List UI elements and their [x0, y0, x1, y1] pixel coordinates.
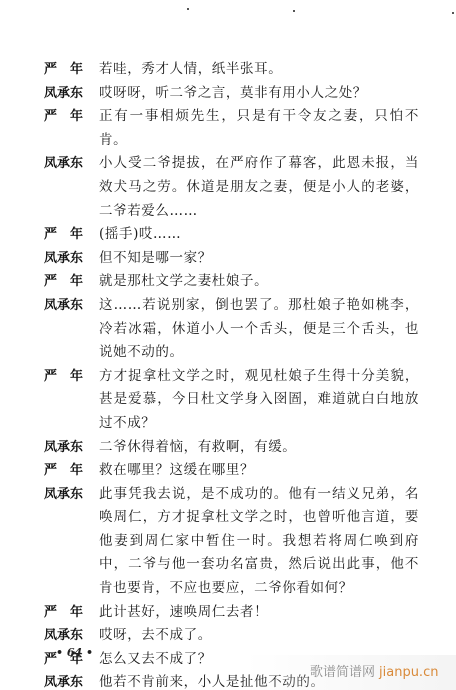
- speaker-name: 严 年: [44, 270, 99, 294]
- dialogue-line: 严 年方才捉拿杜文学之时，观见杜娘子生得十分美貌，甚是爱慕，今日杜文学身入囹圄，…: [44, 365, 419, 436]
- scan-speck: [293, 10, 295, 12]
- speaker-name: 凤承东: [44, 152, 99, 176]
- book-page: 严 年若哇，秀才人情，纸半张耳。凤承东哎呀呀，听二爷之言，莫非有用小人之处？严 …: [0, 0, 456, 690]
- page-number: • 64 •: [56, 646, 93, 659]
- dialogue-line: 凤承东哎呀，去不成了。: [44, 624, 419, 648]
- dialogue-line: 凤承东哎呀呀，听二爷之言，莫非有用小人之处？: [44, 82, 419, 106]
- watermark-domain: jianpu.cn: [379, 665, 438, 680]
- dialogue-line: 严 年若哇，秀才人情，纸半张耳。: [44, 58, 419, 82]
- speech-text: 方才捉拿杜文学之时，观见杜娘子生得十分美貌，甚是爱慕，今日杜文学身入囹圄，难道就…: [99, 365, 419, 436]
- watermark: 歌谱简谱网jianpu.cn: [310, 661, 438, 680]
- speech-text: 就是那杜文学之妻杜娘子。: [99, 270, 419, 294]
- scan-speck: [187, 8, 189, 10]
- dialogue-line: 严 年就是那杜文学之妻杜娘子。: [44, 270, 419, 294]
- speech-text: 正有一事相烦先生，只是有干令友之妻，只怕不肯。: [99, 105, 419, 152]
- speaker-name: 凤承东: [44, 436, 99, 460]
- speech-text: (摇手)哎……: [99, 223, 419, 247]
- speaker-name: 严 年: [44, 58, 99, 82]
- speaker-name: 凤承东: [44, 624, 99, 648]
- speech-text: 若哇，秀才人情，纸半张耳。: [99, 58, 419, 82]
- speaker-name: 凤承东: [44, 483, 99, 507]
- speaker-name: 凤承东: [44, 294, 99, 318]
- dialogue-line: 凤承东二爷休得着恼，有救啊，有缓。: [44, 436, 419, 460]
- speaker-name: 凤承东: [44, 671, 99, 690]
- dialogue-line: 严 年正有一事相烦先生，只是有干令友之妻，只怕不肯。: [44, 105, 419, 152]
- speech-text: 二爷休得着恼，有救啊，有缓。: [99, 436, 419, 460]
- dialogue-line: 凤承东小人受二爷提拔，在严府作了幕客，此恩未报，当效犬马之劳。休道是朋友之妻，便…: [44, 152, 419, 223]
- dialogue-line: 严 年救在哪里？这缓在哪里？: [44, 459, 419, 483]
- dialogue-line: 凤承东但不知是哪一家？: [44, 247, 419, 271]
- dialogue-line: 严 年(摇手)哎……: [44, 223, 419, 247]
- speaker-name: 凤承东: [44, 247, 99, 271]
- dialogue-line: 凤承东这……若说别家，倒也罢了。那杜娘子艳如桃李，冷若冰霜，休道小人一个舌头，便…: [44, 294, 419, 365]
- speaker-name: 严 年: [44, 365, 99, 389]
- speaker-name: 凤承东: [44, 82, 99, 106]
- speaker-name: 严 年: [44, 459, 99, 483]
- speaker-name: 严 年: [44, 105, 99, 129]
- speaker-name: 严 年: [44, 223, 99, 247]
- speaker-name: 严 年: [44, 601, 99, 625]
- speech-text: 这……若说别家，倒也罢了。那杜娘子艳如桃李，冷若冰霜，休道小人一个舌头，便是三个…: [99, 294, 419, 365]
- speech-text: 哎呀呀，听二爷之言，莫非有用小人之处？: [99, 82, 419, 106]
- speech-text: 此事凭我去说，是不成功的。他有一结义兄弟，名唤周仁，方才捉拿杜文学之时，也曾听他…: [99, 483, 419, 601]
- speech-text: 救在哪里？这缓在哪里？: [99, 459, 419, 483]
- speech-text: 此计甚好，速唤周仁去者！: [99, 601, 419, 625]
- speech-text: 哎呀，去不成了。: [99, 624, 419, 648]
- dialogue: 严 年若哇，秀才人情，纸半张耳。凤承东哎呀呀，听二爷之言，莫非有用小人之处？严 …: [44, 58, 419, 690]
- scan-speck: [452, 12, 454, 14]
- speech-text: 小人受二爷提拔，在严府作了幕客，此恩未报，当效犬马之劳。休道是朋友之妻，便是小人…: [99, 152, 419, 223]
- speech-text: 但不知是哪一家？: [99, 247, 419, 271]
- dialogue-line: 严 年此计甚好，速唤周仁去者！: [44, 601, 419, 625]
- watermark-text: 歌谱简谱网: [310, 665, 375, 680]
- dialogue-line: 凤承东此事凭我去说，是不成功的。他有一结义兄弟，名唤周仁，方才捉拿杜文学之时，也…: [44, 483, 419, 601]
